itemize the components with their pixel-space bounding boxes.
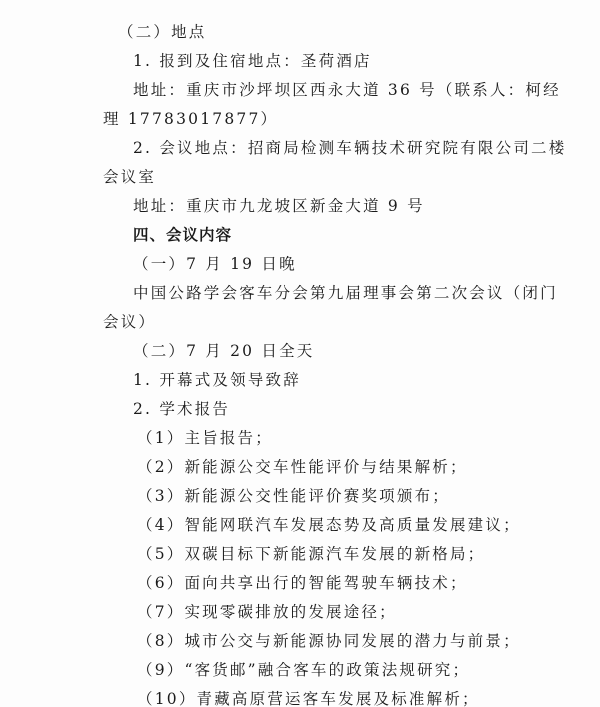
document-line-subitem: （5）双碳目标下新能源汽车发展的新格局； bbox=[137, 544, 485, 564]
document-line-item: 2. 学术报告 bbox=[133, 399, 230, 419]
document-line-paragraph: 中国公路学会客车分会第九届理事会第二次会议（闭门 bbox=[133, 283, 558, 303]
document-line-item: 2. 会议地点：招商局检测车辆技术研究院有限公司二楼 bbox=[133, 138, 566, 158]
document-line-continuation: 会议） bbox=[103, 312, 156, 332]
document-line-subitem: （1）主旨报告； bbox=[137, 428, 273, 448]
document-line-paragraph: 地址：重庆市九龙坡区新金大道 9 号 bbox=[133, 196, 425, 216]
document-page: （二）地点1. 报到及住宿地点：圣荷酒店地址：重庆市沙坪坝区西永大道 36 号（… bbox=[0, 0, 600, 707]
document-line-subitem: （2）新能源公交车性能评价与结果解析； bbox=[137, 457, 468, 477]
document-line-continuation: 会议室 bbox=[103, 167, 156, 187]
document-line-subitem: （6）面向共享出行的智能驾驶车辆技术； bbox=[137, 573, 468, 593]
document-line-item: 1. 报到及住宿地点：圣荷酒店 bbox=[133, 51, 372, 71]
document-line-subsection: （一）7 月 19 日晚 bbox=[133, 254, 297, 274]
document-line-subsection: （二）地点 bbox=[118, 22, 207, 42]
document-line-section: 四、会议内容 bbox=[133, 225, 232, 245]
document-line-subitem: （10）青藏高原营运客车发展及标准解析； bbox=[137, 689, 480, 707]
document-line-subitem: （7）实现零碳排放的发展途径； bbox=[137, 602, 397, 622]
document-line-subitem: （4）智能网联汽车发展态势及高质量发展建议； bbox=[137, 515, 521, 535]
document-line-paragraph: 地址：重庆市沙坪坝区西永大道 36 号（联系人：柯经 bbox=[133, 80, 561, 100]
document-line-continuation: 理 17783017877） bbox=[103, 109, 278, 129]
document-line-subitem: （8）城市公交与新能源协同发展的潜力与前景； bbox=[137, 631, 521, 651]
document-line-subitem: （9）“客货邮”融合客车的政策法规研究； bbox=[137, 660, 470, 680]
document-line-subsection: （二）7 月 20 日全天 bbox=[133, 341, 314, 361]
document-line-subitem: （3）新能源公交性能评价赛奖项颁布； bbox=[137, 486, 450, 506]
document-line-item: 1. 开幕式及领导致辞 bbox=[133, 370, 301, 390]
